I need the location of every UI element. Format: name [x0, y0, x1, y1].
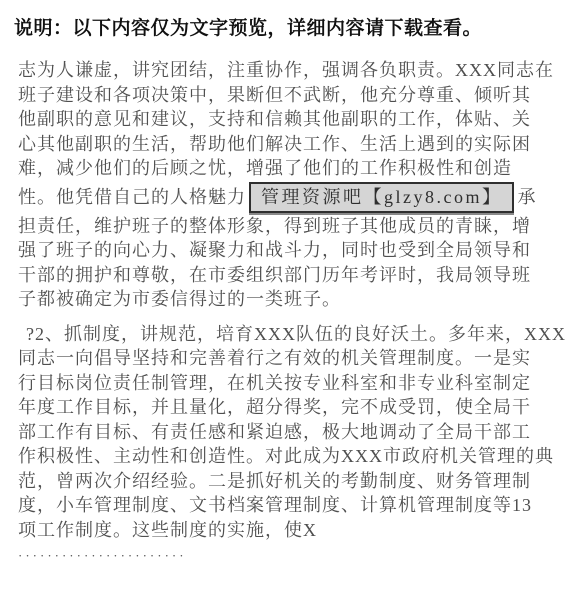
- text-line: 同志一向倡导坚持和完善着行之有效的机关管理制度。一是实: [18, 346, 564, 371]
- paragraph-2: ?2、抓制度，讲规范，培育XXX队伍的良好沃土。多年来，XXX 同志一向倡导坚持…: [18, 322, 564, 543]
- text-line: 项工作制度。这些制度的实施，使X: [18, 518, 564, 543]
- text-line: 干部的拥护和尊敬，在市委组织部门历年考评时，我局领导班: [18, 263, 564, 288]
- text-line: 年度工作目标，并且量化，超分得奖，完不成受罚，使全局干: [18, 395, 564, 420]
- text-line: 子都被确定为市委信得过的一类班子。: [18, 287, 564, 312]
- text-line: 行目标岗位责任制管理，在机关按专业科室和非专业科室制定: [18, 371, 564, 396]
- text-line: 部工作有目标、有责任感和紧迫感，极大地调动了全局干部工: [18, 420, 564, 445]
- document-body: 志为人谦虚，讲究团结，注重协作，强调各负职责。XXX同志在 班子建设和各项决策中…: [18, 58, 564, 566]
- text-line: 难，减少他们的后顾之忧，增强了他们的工作积极性和创造: [18, 156, 564, 181]
- text-line: 班子建设和各项决策中，果断但不武断，他充分尊重、倾听其: [18, 83, 564, 108]
- text-line: ?2、抓制度，讲规范，培育XXX队伍的良好沃土。多年来，XXX: [18, 322, 564, 347]
- text-line-with-watermark: 性。他凭借自己的人格魅力 管理资源吧【glzy8.com】 承: [18, 181, 564, 214]
- text-segment: 性。他凭借自己的人格魅力: [18, 185, 246, 210]
- watermark-site-badge[interactable]: 管理资源吧【glzy8.com】: [249, 182, 514, 213]
- text-segment: 承: [517, 185, 536, 210]
- text-line: 强了班子的向心力、凝聚力和战斗力，同时也受到全局领导和: [18, 238, 564, 263]
- document-preview-page: 说明：以下内容仅为文字预览，详细内容请下载查看。 志为人谦虚，讲究团结，注重协作…: [0, 0, 578, 600]
- text-line: 他副职的意见和建议，支持和信赖其他副职的工作，体贴、关: [18, 107, 564, 132]
- text-line: 度，小车管理制度、文书档案管理制度、计算机管理制度等13: [18, 493, 564, 518]
- text-line: 作积极性、主动性和创造性。对此成为XXX市政府机关管理的典: [18, 444, 564, 469]
- text-line: 担责任，维护班子的整体形象，得到班子其他成员的青睐，增: [18, 214, 564, 239]
- text-line: 志为人谦虚，讲究团结，注重协作，强调各负职责。XXX同志在: [18, 58, 564, 83]
- paragraph-1: 志为人谦虚，讲究团结，注重协作，强调各负职责。XXX同志在 班子建设和各项决策中…: [18, 58, 564, 312]
- text-line: 范，曾两次介绍经验。二是抓好机关的考勤制度、财务管理制: [18, 469, 564, 494]
- preview-notice: 说明：以下内容仅为文字预览，详细内容请下载查看。: [14, 16, 564, 42]
- truncation-ellipsis: ·······················: [18, 546, 564, 566]
- text-line: 心其他副职的生活，帮助他们解决工作、生活上遇到的实际困: [18, 132, 564, 157]
